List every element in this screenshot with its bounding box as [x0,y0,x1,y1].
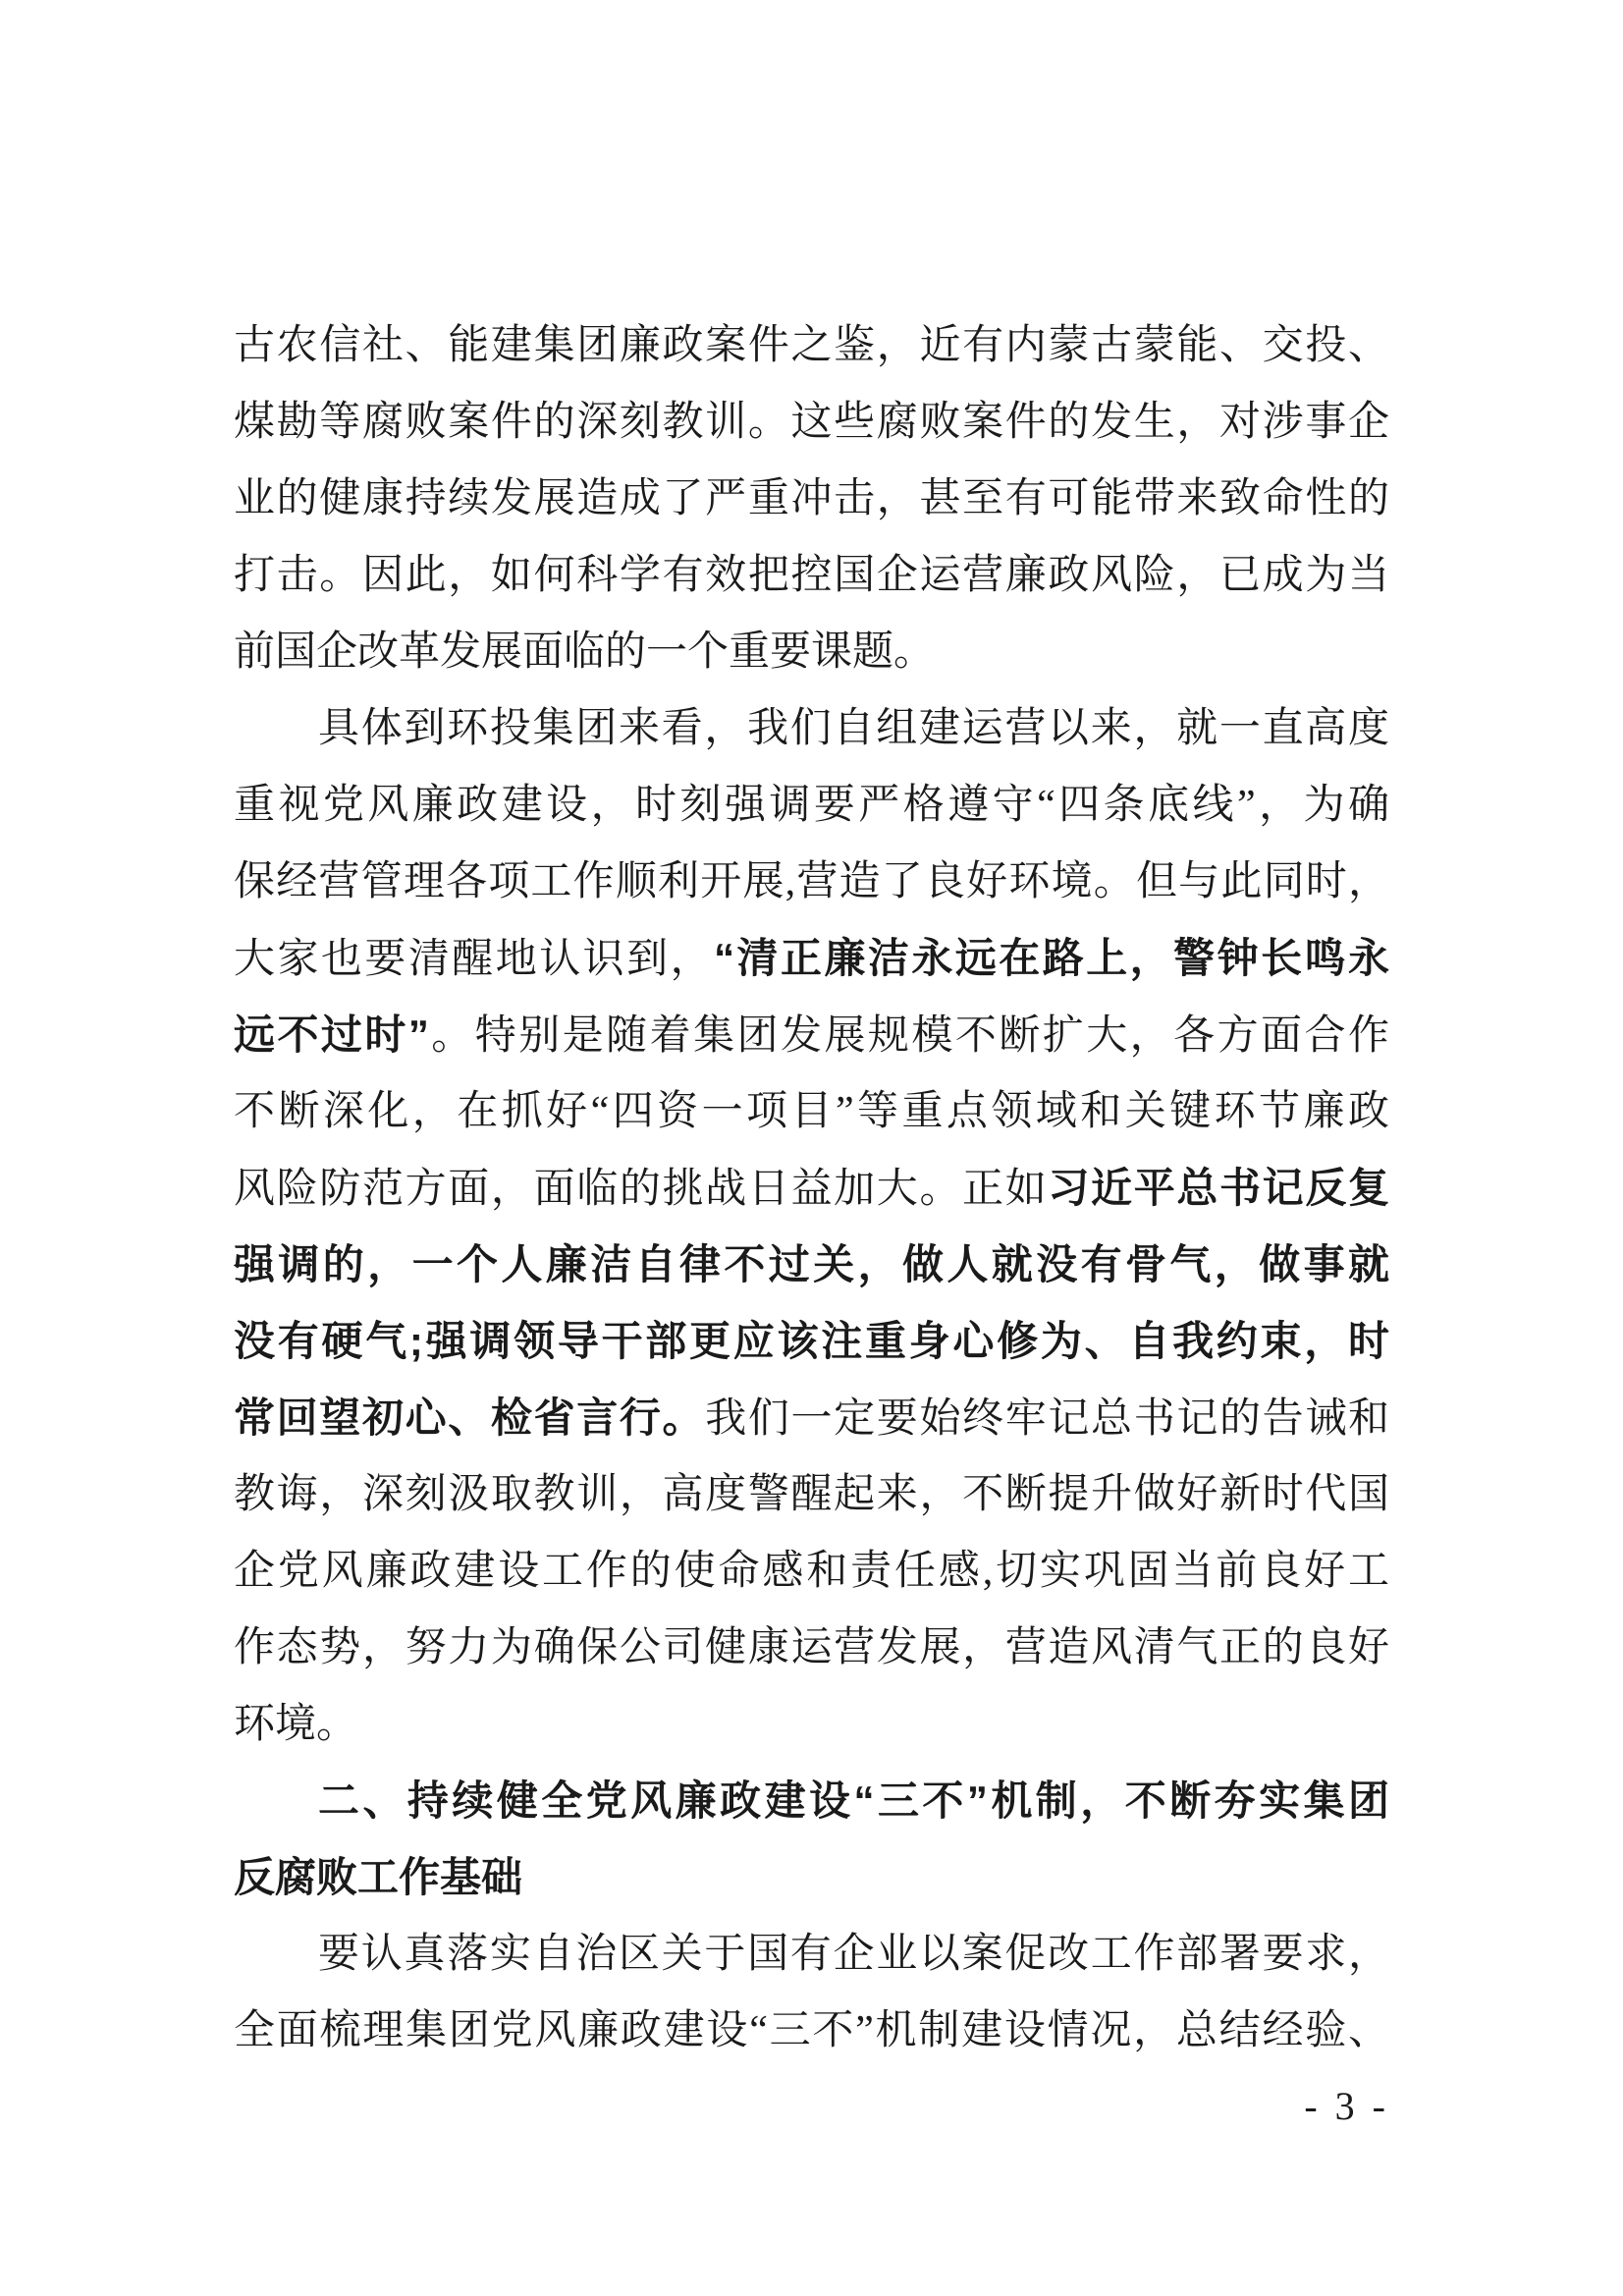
text-line-section-heading-2-2: 反腐败工作基础 [234,1839,1389,1916]
text-line-paragraph-body-3-1: 要认真落实自治区关于国有企业以案促改工作部署要求， [234,1916,1389,1993]
text-run: 保经营管理各项工作顺利开展,营造了良好环境。但与此同时， [234,859,1389,904]
text-run-bold: 习近平总书记反复 [1048,1165,1389,1211]
text-run: 业的健康持续发展造成了严重冲击，甚至有可能带来致命性的 [234,476,1389,521]
page-number: - 3 - [1304,2068,1389,2145]
text-run: 具体到环投集团来看，我们自组建运营以来，就一直高度 [318,706,1389,751]
text-run: 要认真落实自治区关于国有企业以案促改工作部署要求， [318,1932,1389,1977]
text-run-bold: “清正廉洁永远在路上，警钟长鸣永 [714,935,1389,981]
text-run: 重视党风廉政建设，时刻强调要严格遵守“四条底线”，为确 [234,783,1389,828]
document-body: 古农信社、能建集团廉政案件之鉴，近有内蒙古蒙能、交投、煤勘等腐败案件的深刻教训。… [234,307,1389,2069]
text-run-bold: 没有硬气;强调领导干部更应该注重身心修为、自我约束，时 [234,1318,1389,1364]
text-line-paragraph-body-2-4: 大家也要清醒地认识到，“清正廉洁永远在路上，警钟长鸣永 [234,920,1389,997]
text-run-bold: 二、持续健全党风廉政建设“三不”机制，不断夯实集团 [318,1777,1389,1824]
text-run: 环境。 [234,1702,357,1747]
text-run: 企党风廉政建设工作的使命感和责任感,切实巩固当前良好工 [234,1549,1389,1594]
text-line-paragraph-body-2-13: 作态势，努力为确保公司健康运营发展，营造风清气正的良好 [234,1610,1389,1686]
text-run: 古农信社、能建集团廉政案件之鉴，近有内蒙古蒙能、交投、 [234,323,1389,368]
text-line-paragraph-continuation-1: 古农信社、能建集团廉政案件之鉴，近有内蒙古蒙能、交投、 [234,307,1389,384]
text-line-paragraph-continuation-2: 煤勘等腐败案件的深刻教训。这些腐败案件的发生，对涉事企 [234,384,1389,461]
text-run: 不断深化，在抓好“四资一项目”等重点领域和关键环节廉政 [234,1089,1389,1134]
text-line-paragraph-continuation-3: 业的健康持续发展造成了严重冲击，甚至有可能带来致命性的 [234,461,1389,537]
text-line-paragraph-body-2-5: 远不过时”。特别是随着集团发展规模不断扩大，各方面合作 [234,997,1389,1073]
text-run-bold: 常回望初心、检省言行。 [234,1394,705,1441]
text-run: 全面梳理集团党风廉政建设“三不”机制建设情况，总结经验、 [234,2008,1389,2053]
text-line-paragraph-continuation-5: 前国企改革发展面临的一个重要课题。 [234,614,1389,690]
text-run: 前国企改革发展面临的一个重要课题。 [234,629,935,675]
text-line-paragraph-body-2-3: 保经营管理各项工作顺利开展,营造了良好环境。但与此同时， [234,844,1389,920]
text-run: 煤勘等腐败案件的深刻教训。这些腐败案件的发生，对涉事企 [234,400,1389,445]
text-line-paragraph-body-2-12: 企党风廉政建设工作的使命感和责任感,切实巩固当前良好工 [234,1533,1389,1610]
text-line-paragraph-body-3-2: 全面梳理集团党风廉政建设“三不”机制建设情况，总结经验、 [234,1993,1389,2069]
text-line-section-heading-2-1: 二、持续健全党风廉政建设“三不”机制，不断夯实集团 [234,1763,1389,1839]
text-line-paragraph-body-2-6: 不断深化，在抓好“四资一项目”等重点领域和关键环节廉政 [234,1073,1389,1150]
text-line-paragraph-body-2-8: 强调的，一个人廉洁自律不过关，做人就没有骨气，做事就 [234,1227,1389,1303]
text-line-paragraph-body-2-14: 环境。 [234,1686,1389,1763]
text-line-paragraph-body-2-9: 没有硬气;强调领导干部更应该注重身心修为、自我约束，时 [234,1303,1389,1380]
text-run: 风险防范方面，面临的挑战日益加大。正如 [234,1167,1048,1212]
text-line-paragraph-body-2-7: 风险防范方面，面临的挑战日益加大。正如习近平总书记反复 [234,1150,1389,1227]
text-line-paragraph-continuation-4: 打击。因此，如何科学有效把控国企运营廉政风险，已成为当 [234,537,1389,614]
text-run-bold: 强调的，一个人廉洁自律不过关，做人就没有骨气，做事就 [234,1241,1389,1287]
text-run: 我们一定要始终牢记总书记的告诫和 [705,1396,1389,1442]
text-run: 作态势，努力为确保公司健康运营发展，营造风清气正的良好 [234,1625,1389,1670]
text-line-paragraph-body-2-1: 具体到环投集团来看，我们自组建运营以来，就一直高度 [234,690,1389,767]
text-line-paragraph-body-2-10: 常回望初心、检省言行。我们一定要始终牢记总书记的告诫和 [234,1380,1389,1456]
document-page: 古农信社、能建集团廉政案件之鉴，近有内蒙古蒙能、交投、煤勘等腐败案件的深刻教训。… [0,0,1623,2296]
text-run-bold: 远不过时” [234,1011,429,1058]
text-run: 打击。因此，如何科学有效把控国企运营廉政风险，已成为当 [234,553,1389,598]
text-run: 大家也要清醒地认识到， [234,937,714,982]
text-line-paragraph-body-2-11: 教诲，深刻汲取教训，高度警醒起来，不断提升做好新时代国 [234,1456,1389,1533]
text-run: 。特别是随着集团发展规模不断扩大，各方面合作 [429,1013,1389,1059]
text-run-bold: 反腐败工作基础 [234,1854,522,1900]
text-line-paragraph-body-2-2: 重视党风廉政建设，时刻强调要严格遵守“四条底线”，为确 [234,767,1389,844]
text-run: 教诲，深刻汲取教训，高度警醒起来，不断提升做好新时代国 [234,1472,1389,1517]
